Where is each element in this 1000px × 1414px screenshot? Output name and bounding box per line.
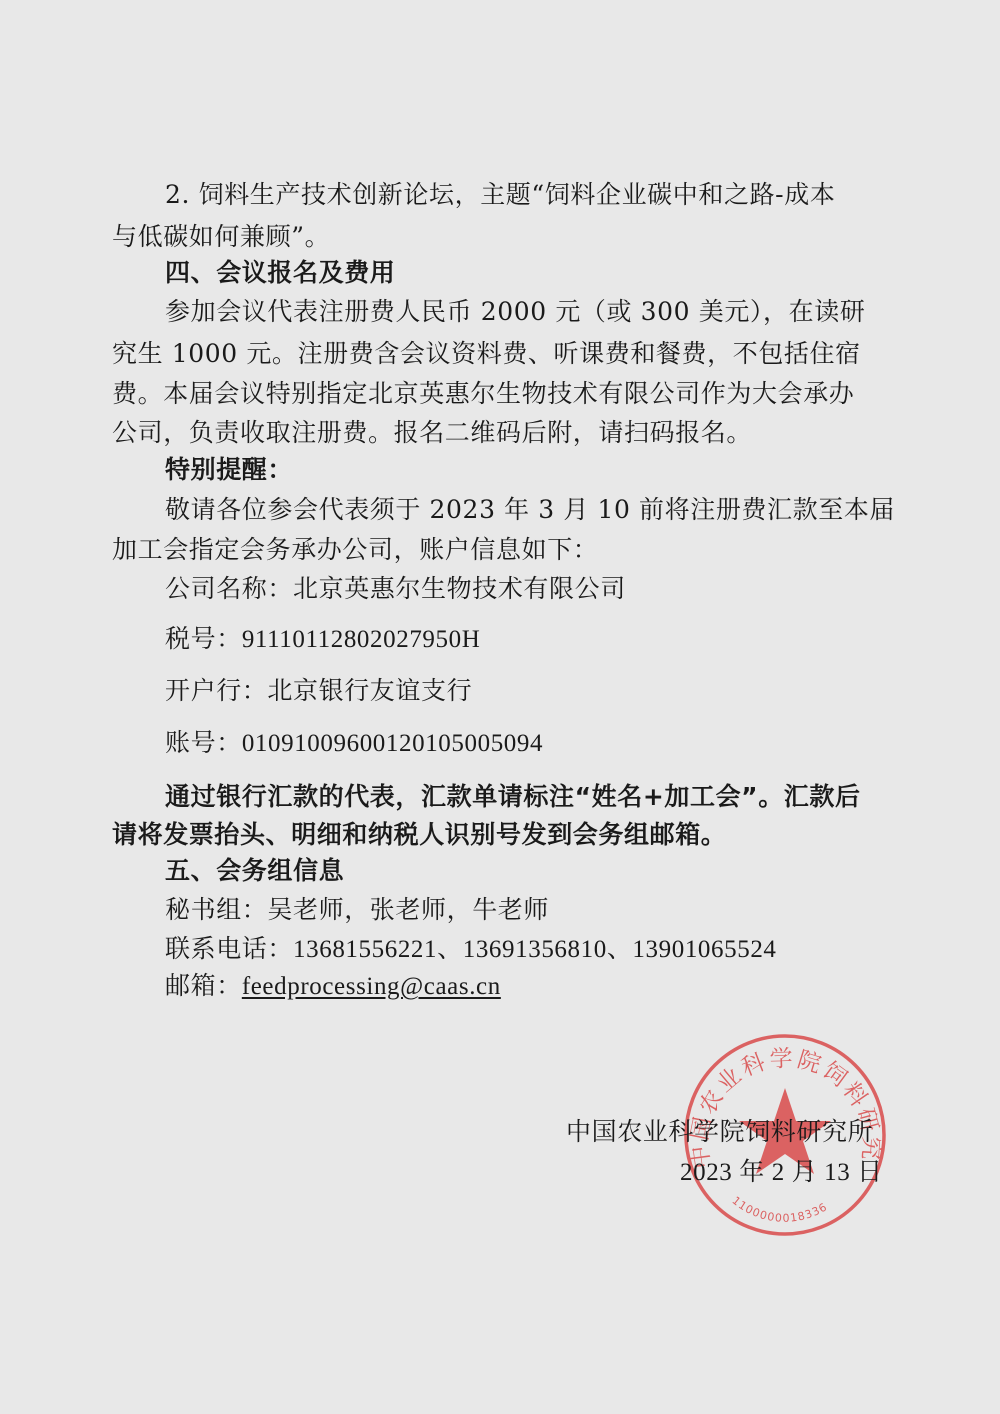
reminder-line2: 加工会指定会务承办公司，账户信息如下： [112, 535, 598, 565]
secretariat-value: 吴老师，张老师，牛老师 [267, 895, 549, 924]
email-row: 邮箱：feedprocessing@caas.cn [165, 971, 501, 1002]
fee-line2: 究生 1000 元。注册费含会议资料费、听课费和餐费，不包括住宿 [112, 339, 861, 369]
email-label: 邮箱： [165, 971, 242, 1000]
account-number-value: 01091009600120105005094 [242, 730, 543, 757]
company-name-value: 北京英惠尔生物技术有限公司 [293, 574, 626, 603]
seal-code: 1100000018336 [730, 1194, 830, 1225]
remittance-note-line1: 通过银行汇款的代表，汇款单请标注“姓名+加工会”。汇款后 [165, 782, 861, 812]
fee-line4: 公司，负责收取注册费。报名二维码后附，请扫码报名。 [112, 418, 752, 448]
reminder-line1: 敬请各位参会代表须于 2023 年 3 月 10 前将注册费汇款至本届 [165, 495, 895, 525]
section4-heading: 四、会议报名及费用 [165, 258, 395, 288]
secretariat-row: 秘书组：吴老师，张老师，牛老师 [165, 895, 549, 925]
section5-heading: 五、会务组信息 [165, 856, 344, 886]
bank-row: 开户行：北京银行友谊支行 [165, 676, 472, 706]
company-name-label: 公司名称： [165, 574, 293, 603]
item2-line1: 2. 饲料生产技术创新论坛，主题“饲料企业碳中和之路-成本 [165, 180, 835, 210]
tax-id-row: 税号：91110112802027950H [165, 624, 480, 655]
account-number-label: 账号： [165, 728, 242, 757]
email-link[interactable]: feedprocessing@caas.cn [242, 973, 501, 1000]
secretariat-label: 秘书组： [165, 895, 267, 924]
phone-label: 联系电话： [165, 934, 293, 963]
fee-line3: 费。本届会议特别指定北京英惠尔生物技术有限公司作为大会承办 [112, 379, 854, 409]
phone-row: 联系电话：13681556221、13691356810、13901065524 [165, 934, 777, 965]
bank-label: 开户行： [165, 676, 267, 705]
tax-id-value: 91110112802027950H [242, 626, 481, 653]
company-name-row: 公司名称：北京英惠尔生物技术有限公司 [165, 574, 626, 604]
document-page: 2. 饲料生产技术创新论坛，主题“饲料企业碳中和之路-成本 与低碳如何兼顾”。 … [0, 0, 1000, 1414]
tax-id-label: 税号： [165, 624, 242, 653]
reminder-heading: 特别提醒： [165, 455, 293, 485]
signature-organization: 中国农业科学院饲料研究所 [566, 1117, 873, 1147]
signature-date: 2023 年 2 月 13 日 [680, 1158, 883, 1188]
fee-line1: 参加会议代表注册费人民币 2000 元（或 300 美元），在读研 [165, 297, 865, 327]
item2-line2: 与低碳如何兼顾”。 [112, 222, 330, 252]
phone-value: 13681556221、13691356810、13901065524 [293, 936, 777, 963]
account-number-row: 账号：01091009600120105005094 [165, 728, 543, 759]
remittance-note-line2: 请将发票抬头、明细和纳税人识别号发到会务组邮箱。 [112, 820, 726, 850]
bank-value: 北京银行友谊支行 [267, 676, 472, 705]
